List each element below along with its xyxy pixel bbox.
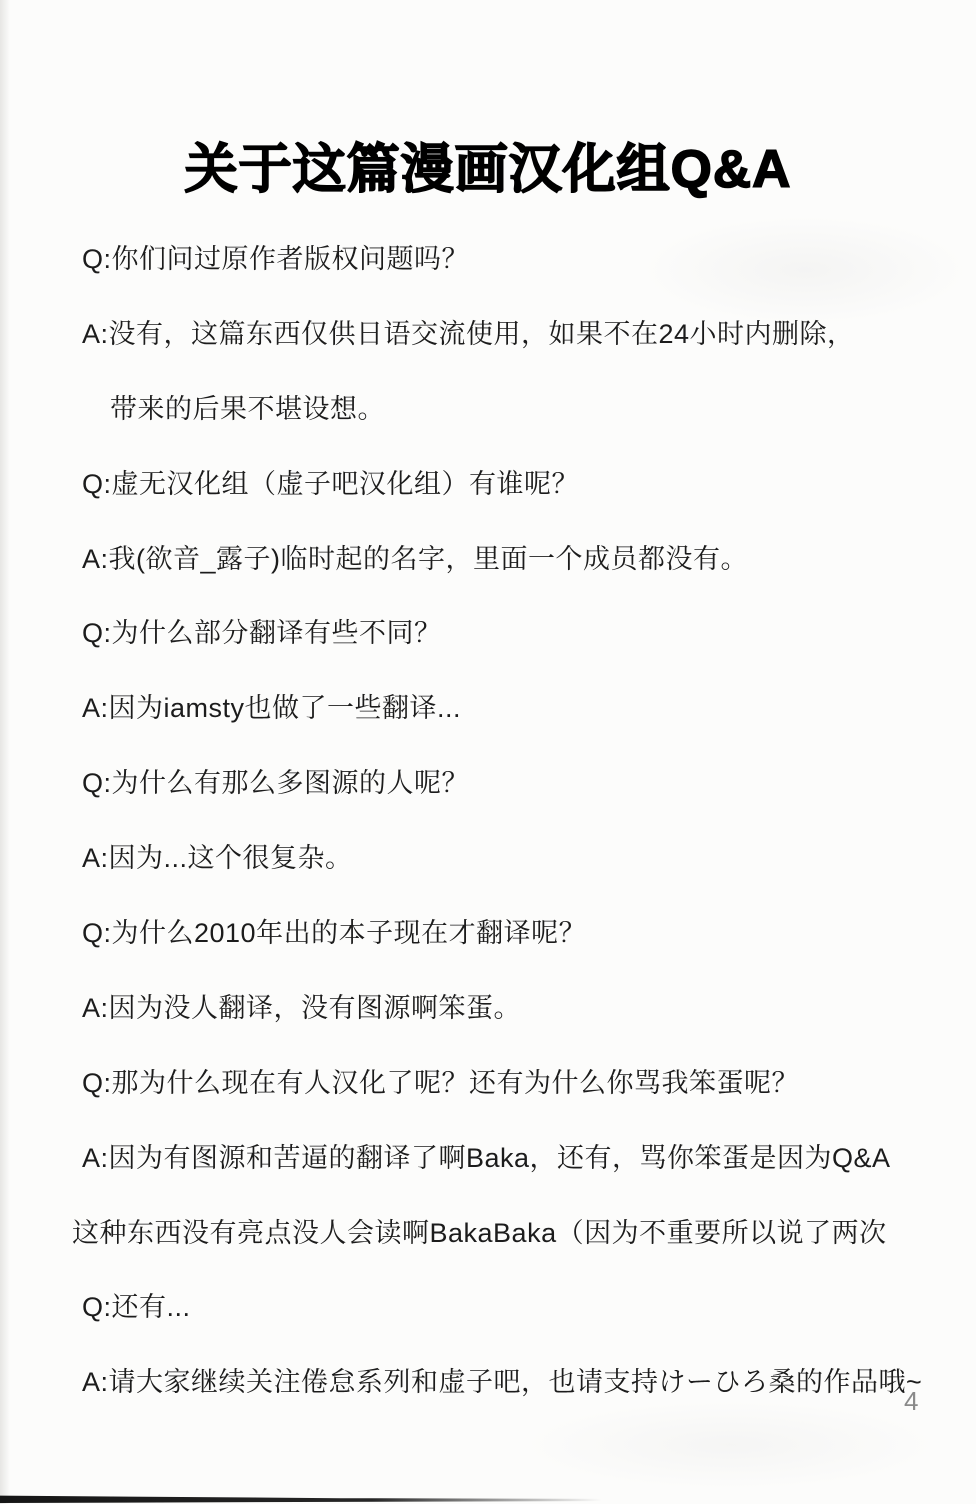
qa-line-answer: A:我(欲音_露子)临时起的名字，里面一个成员都没有。: [0, 543, 976, 618]
qa-line-answer: A:请大家继续关注倦怠系列和虚子吧，也请支持けーひろ桑的作品哦~: [0, 1366, 976, 1441]
page-title: 关于这篇漫画汉化组Q&A: [0, 136, 976, 205]
qa-line-question: Q:为什么部分翻译有些不同？: [0, 617, 976, 692]
qa-line-answer: A:因为iamsty也做了一些翻译...: [0, 692, 976, 767]
qa-line-question: Q:为什么2010年出的本子现在才翻译呢？: [0, 917, 976, 992]
scan-edge-artifact: [0, 1495, 620, 1503]
qa-line-answer-continuation: 带来的后果不堪设想。: [0, 393, 976, 468]
qa-body: Q:你们问过原作者版权问题吗？ A:没有，这篇东西仅供日语交流使用，如果不在24…: [0, 243, 976, 1441]
qa-line-answer: A:因为...这个很复杂。: [0, 842, 976, 917]
qa-line-question: Q:还有...: [0, 1291, 976, 1366]
qa-line-question: Q:虚无汉化组（虚子吧汉化组）有谁呢？: [0, 468, 976, 543]
qa-line-question: Q:那为什么现在有人汉化了呢？还有为什么你骂我笨蛋呢？: [0, 1067, 976, 1142]
qa-line-answer: A:因为有图源和苦逼的翻译了啊Baka，还有，骂你笨蛋是因为Q&A: [0, 1142, 976, 1217]
qa-line-answer-continuation: 这种东西没有亮点没人会读啊BakaBaka（因为不重要所以说了两次: [0, 1217, 976, 1292]
qa-line-question: Q:你们问过原作者版权问题吗？: [0, 243, 976, 318]
qa-line-question: Q:为什么有那么多图源的人呢？: [0, 767, 976, 842]
qa-line-answer: A:没有，这篇东西仅供日语交流使用，如果不在24小时内删除，: [0, 318, 976, 393]
page-number: 4: [904, 1386, 918, 1417]
qa-line-answer: A:因为没人翻译，没有图源啊笨蛋。: [0, 992, 976, 1067]
